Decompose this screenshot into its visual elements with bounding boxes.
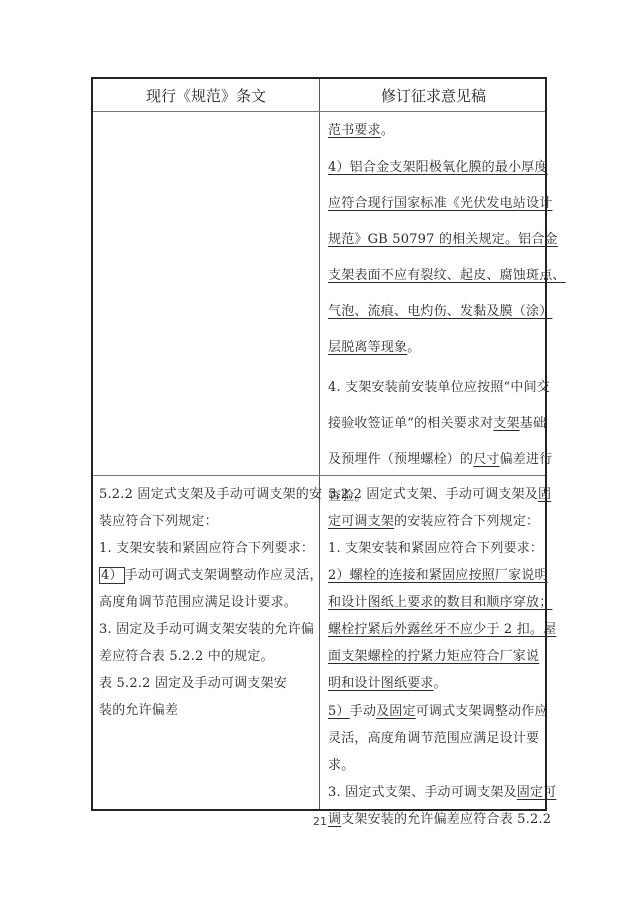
text-segment: 偏差进行 [500,452,553,467]
text-segment: 明和设计图纸要求 [328,676,434,691]
text-line: 3. 固定式支架、手动可调支架及固定可 [328,781,556,800]
text-segment: 基础 [520,416,546,431]
text-line: 和设计图纸上要求的数目和顺序穿放； [328,591,552,610]
text-segment: 手动可调式支架调整动作应灵活， [125,568,323,583]
text-segment: 支架表面不应有裂纹、起皮、腐蚀斑点、 [328,268,566,283]
text-line: 3. 固定及手动可调支架安装的允许偏 [99,618,314,637]
text-segment: 及预埋件（预埋螺栓）的 [328,452,473,467]
text-segment: 装应符合下列规定： [99,514,218,529]
text-line: 应符合现行国家标准《光伏发电站设计 [328,192,552,211]
text-segment: 固定可 [517,785,557,800]
text-segment: 定可调支架 [328,514,394,529]
text-line: 求。 [328,754,354,773]
text-line: 4）手动可调式支架调整动作应灵活， [99,564,323,583]
text-line: 4. 支架安装前安装单位应按照“中间交 [328,376,550,395]
text-segment: 1. 支架安装和紧固应符合下列要求： [99,541,314,556]
text-segment: 支架 [493,416,519,431]
text-line: 支架表面不应有裂纹、起皮、腐蚀斑点、 [328,264,566,283]
text-segment: 3. 固定式支架、手动可调支架及 [328,785,517,800]
text-line: 层脱离等现象。 [328,336,420,355]
text-segment: 2）螺栓的连接和紧固应按照厂家说明 [328,568,548,583]
text-line: 定可调支架的安装应符合下列规定： [328,510,539,529]
text-segment: 螺栓拧紧后外露丝牙不应少于 2 扣。屋 [328,622,556,637]
text-segment: 及固定 [376,704,416,719]
text-segment: 接验收签证单”的相关要求对 [328,416,493,431]
text-segment: 4. 支架安装前安装单位应按照“中间交 [328,380,550,395]
text-line: 5.2.2 固定式支架及手动可调支架的安 [99,483,322,502]
text-line: 高度角调节范围应满足设计要求。 [99,591,297,610]
text-segment: 5.2.2 固定式支架、手动可调支架及 [328,487,538,502]
text-segment: 面支架螺栓的拧紧力矩应符合厂家说 [328,649,539,664]
header-current-clause: 现行《规范》条文 [93,79,319,112]
text-line: 1. 支架安装和紧固应符合下列要求： [328,537,543,556]
text-segment: 5.2.2 固定式支架及手动可调支架的安 [99,487,322,502]
text-segment: 4）铝合金支架阳极氧化膜的最小厚度 [328,160,548,175]
text-segment: 气泡、流痕、电灼伤、发黏及膜（涂） [328,304,552,319]
text-segment: 差应符合表 5.2.2 中的规定。 [99,649,274,664]
text-segment: 3. 固定及手动可调支架安装的允许偏 [99,622,314,637]
text-segment: 应符合现行国家标准《光伏发电站设计 [328,196,552,211]
header-revision-draft: 修订征求意见稿 [320,79,547,112]
text-line: 5）手动及固定可调式支架调整动作应 [328,700,548,719]
text-line: 接验收签证单”的相关要求对支架基础 [328,412,546,431]
text-segment: 手动 [350,704,376,719]
text-line: 装应符合下列规定： [99,510,218,529]
text-line: 表 5.2.2 固定及手动可调支架安 [99,672,287,691]
text-line: 装的允许偏差 [99,699,178,718]
text-segment: 和设计图纸上要求的数目和顺序穿放； [328,595,552,610]
text-segment: 5） [328,704,350,719]
text-segment: 层脱离等现象 [328,340,407,355]
text-line: 面支架螺栓的拧紧力矩应符合厂家说 [328,645,539,664]
text-line: 范书要求。 [328,119,394,138]
boxed-item-number: 4） [99,567,125,584]
text-segment: 尺寸 [473,452,499,467]
text-segment: 。 [434,676,447,691]
text-segment: 。 [407,340,420,355]
text-segment: 装的允许偏差 [99,703,178,718]
column-divider [319,79,320,809]
text-line: 气泡、流痕、电灼伤、发黏及膜（涂） [328,300,552,319]
text-segment: 的安装应符合下列规定： [394,514,539,529]
comparison-table: 现行《规范》条文 修订征求意见稿 范书要求。4）铝合金支架阳极氧化膜的最小厚度应… [91,77,547,811]
text-line: 差应符合表 5.2.2 中的规定。 [99,645,274,664]
text-segment: 高度角调节范围应满足设计要求。 [99,595,297,610]
text-segment: 规范》GB 50797 的相关规定。铝合金 [328,232,558,247]
text-segment: 求。 [328,758,354,773]
text-line: 2）螺栓的连接和紧固应按照厂家说明 [328,564,548,583]
text-segment: 表 5.2.2 固定及手动可调支架安 [99,676,287,691]
text-segment: 1. 支架安装和紧固应符合下列要求： [328,541,543,556]
text-line: 4）铝合金支架阳极氧化膜的最小厚度 [328,156,548,175]
text-segment: 。 [381,123,394,138]
text-line: 明和设计图纸要求。 [328,672,447,691]
text-line: 1. 支架安装和紧固应符合下列要求： [99,537,314,556]
text-segment: 范书要求 [328,123,381,138]
text-line: 螺栓拧紧后外露丝牙不应少于 2 扣。屋 [328,618,556,637]
text-line: 及预埋件（预埋螺栓）的尺寸偏差进行 [328,448,552,467]
text-segment: 可调式支架调整动作应 [416,704,548,719]
text-segment: 固 [538,487,551,502]
row-divider [93,475,545,476]
page-number: 21 [0,815,640,828]
text-line: 规范》GB 50797 的相关规定。铝合金 [328,228,558,247]
text-line: 5.2.2 固定式支架、手动可调支架及固 [328,483,551,502]
text-line: 灵活，高度角调节范围应满足设计要 [328,727,539,746]
text-segment: 灵活，高度角调节范围应满足设计要 [328,731,539,746]
